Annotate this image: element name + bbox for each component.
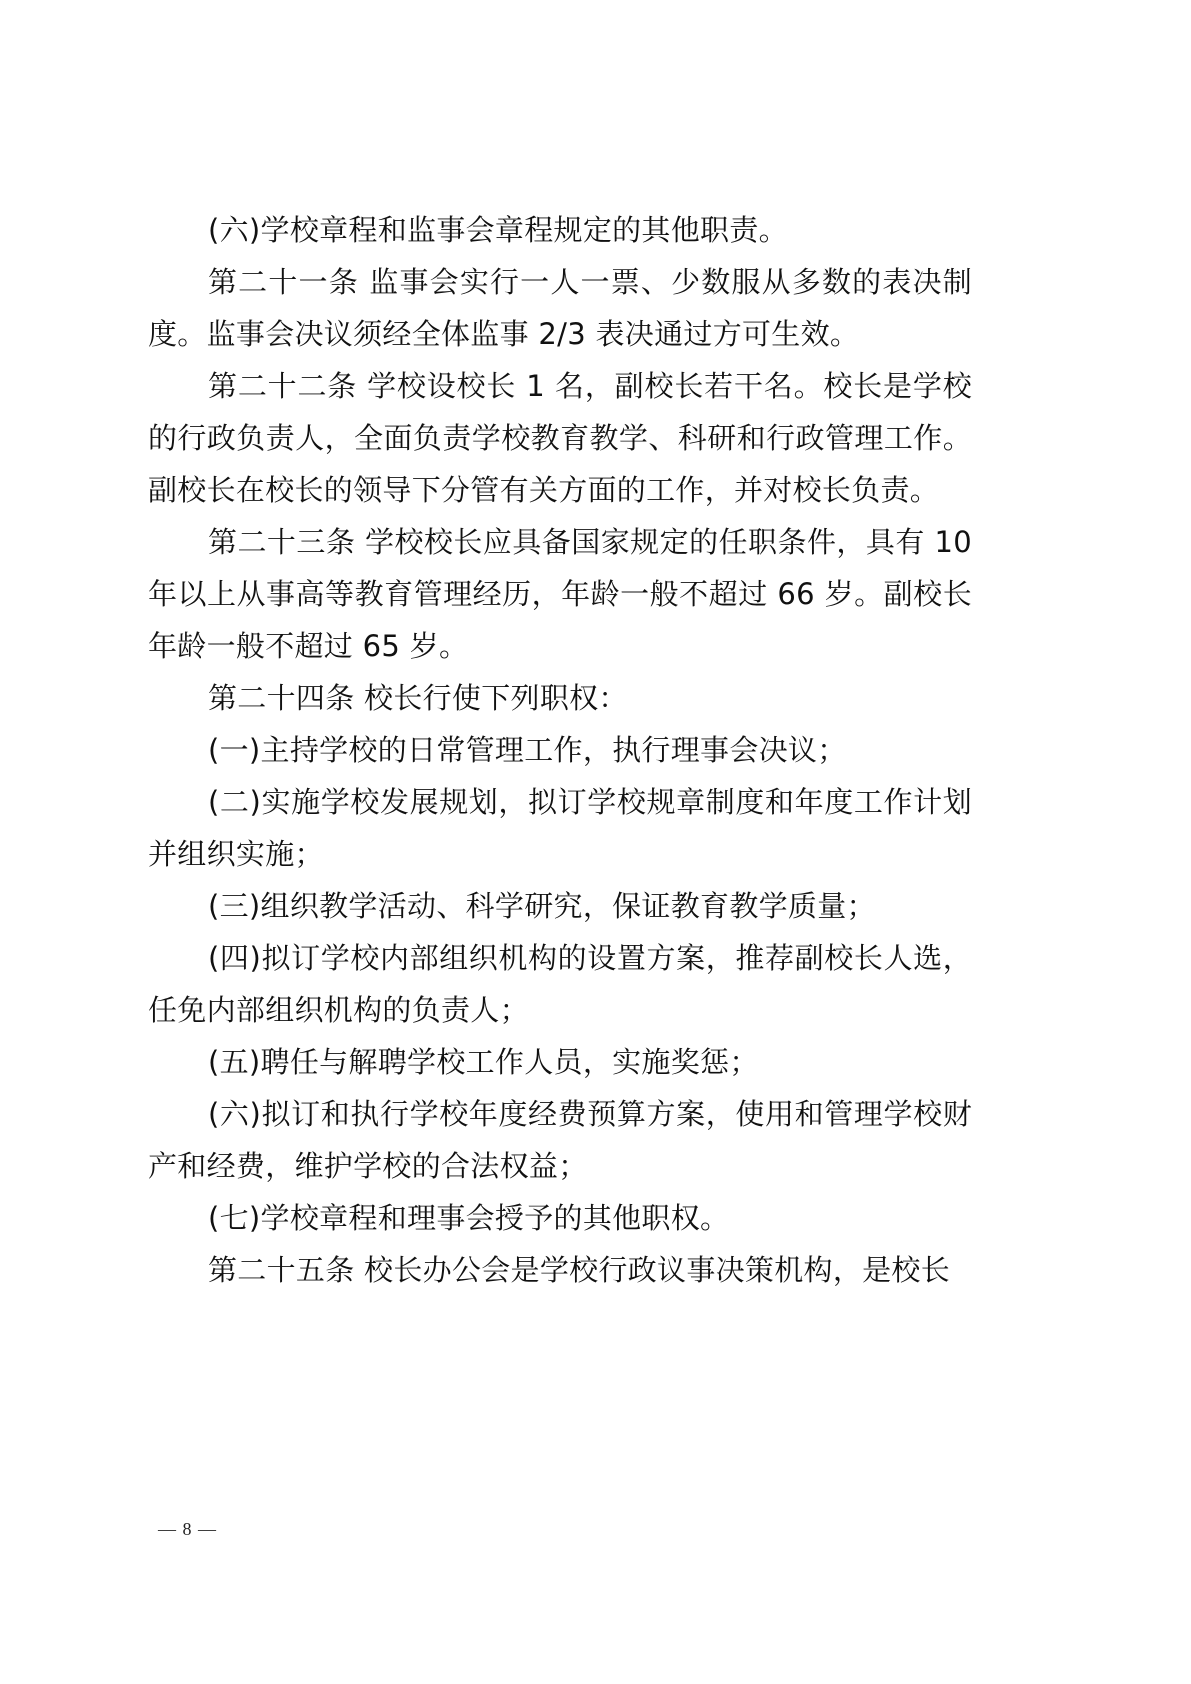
paragraph-article-24: 第二十四条 校长行使下列职权： <box>148 672 972 724</box>
document-body: (六)学校章程和监事会章程规定的其他职责。 第二十一条 监事会实行一人一票、少数… <box>148 204 972 1296</box>
paragraph-power-2: (二)实施学校发展规划，拟订学校规章制度和年度工作计划并组织实施； <box>148 776 972 880</box>
paragraph-article-25: 第二十五条 校长办公会是学校行政议事决策机构，是校长 <box>148 1244 972 1296</box>
page-number: — 8 — <box>158 1519 217 1540</box>
paragraph-supervisory-duty-6: (六)学校章程和监事会章程规定的其他职责。 <box>148 204 972 256</box>
paragraph-power-4: (四)拟订学校内部组织机构的设置方案，推荐副校长人选，任免内部组织机构的负责人； <box>148 932 972 1036</box>
paragraph-power-6: (六)拟订和执行学校年度经费预算方案，使用和管理学校财产和经费，维护学校的合法权… <box>148 1088 972 1192</box>
paragraph-power-1: (一)主持学校的日常管理工作，执行理事会决议； <box>148 724 972 776</box>
paragraph-article-23: 第二十三条 学校校长应具备国家规定的任职条件，具有 10 年以上从事高等教育管理… <box>148 516 972 672</box>
paragraph-article-21: 第二十一条 监事会实行一人一票、少数服从多数的表决制度。监事会决议须经全体监事 … <box>148 256 972 360</box>
paragraph-article-22: 第二十二条 学校设校长 1 名，副校长若干名。校长是学校的行政负责人，全面负责学… <box>148 360 972 516</box>
paragraph-power-7: (七)学校章程和理事会授予的其他职权。 <box>148 1192 972 1244</box>
paragraph-power-3: (三)组织教学活动、科学研究，保证教育教学质量； <box>148 880 972 932</box>
paragraph-power-5: (五)聘任与解聘学校工作人员，实施奖惩； <box>148 1036 972 1088</box>
